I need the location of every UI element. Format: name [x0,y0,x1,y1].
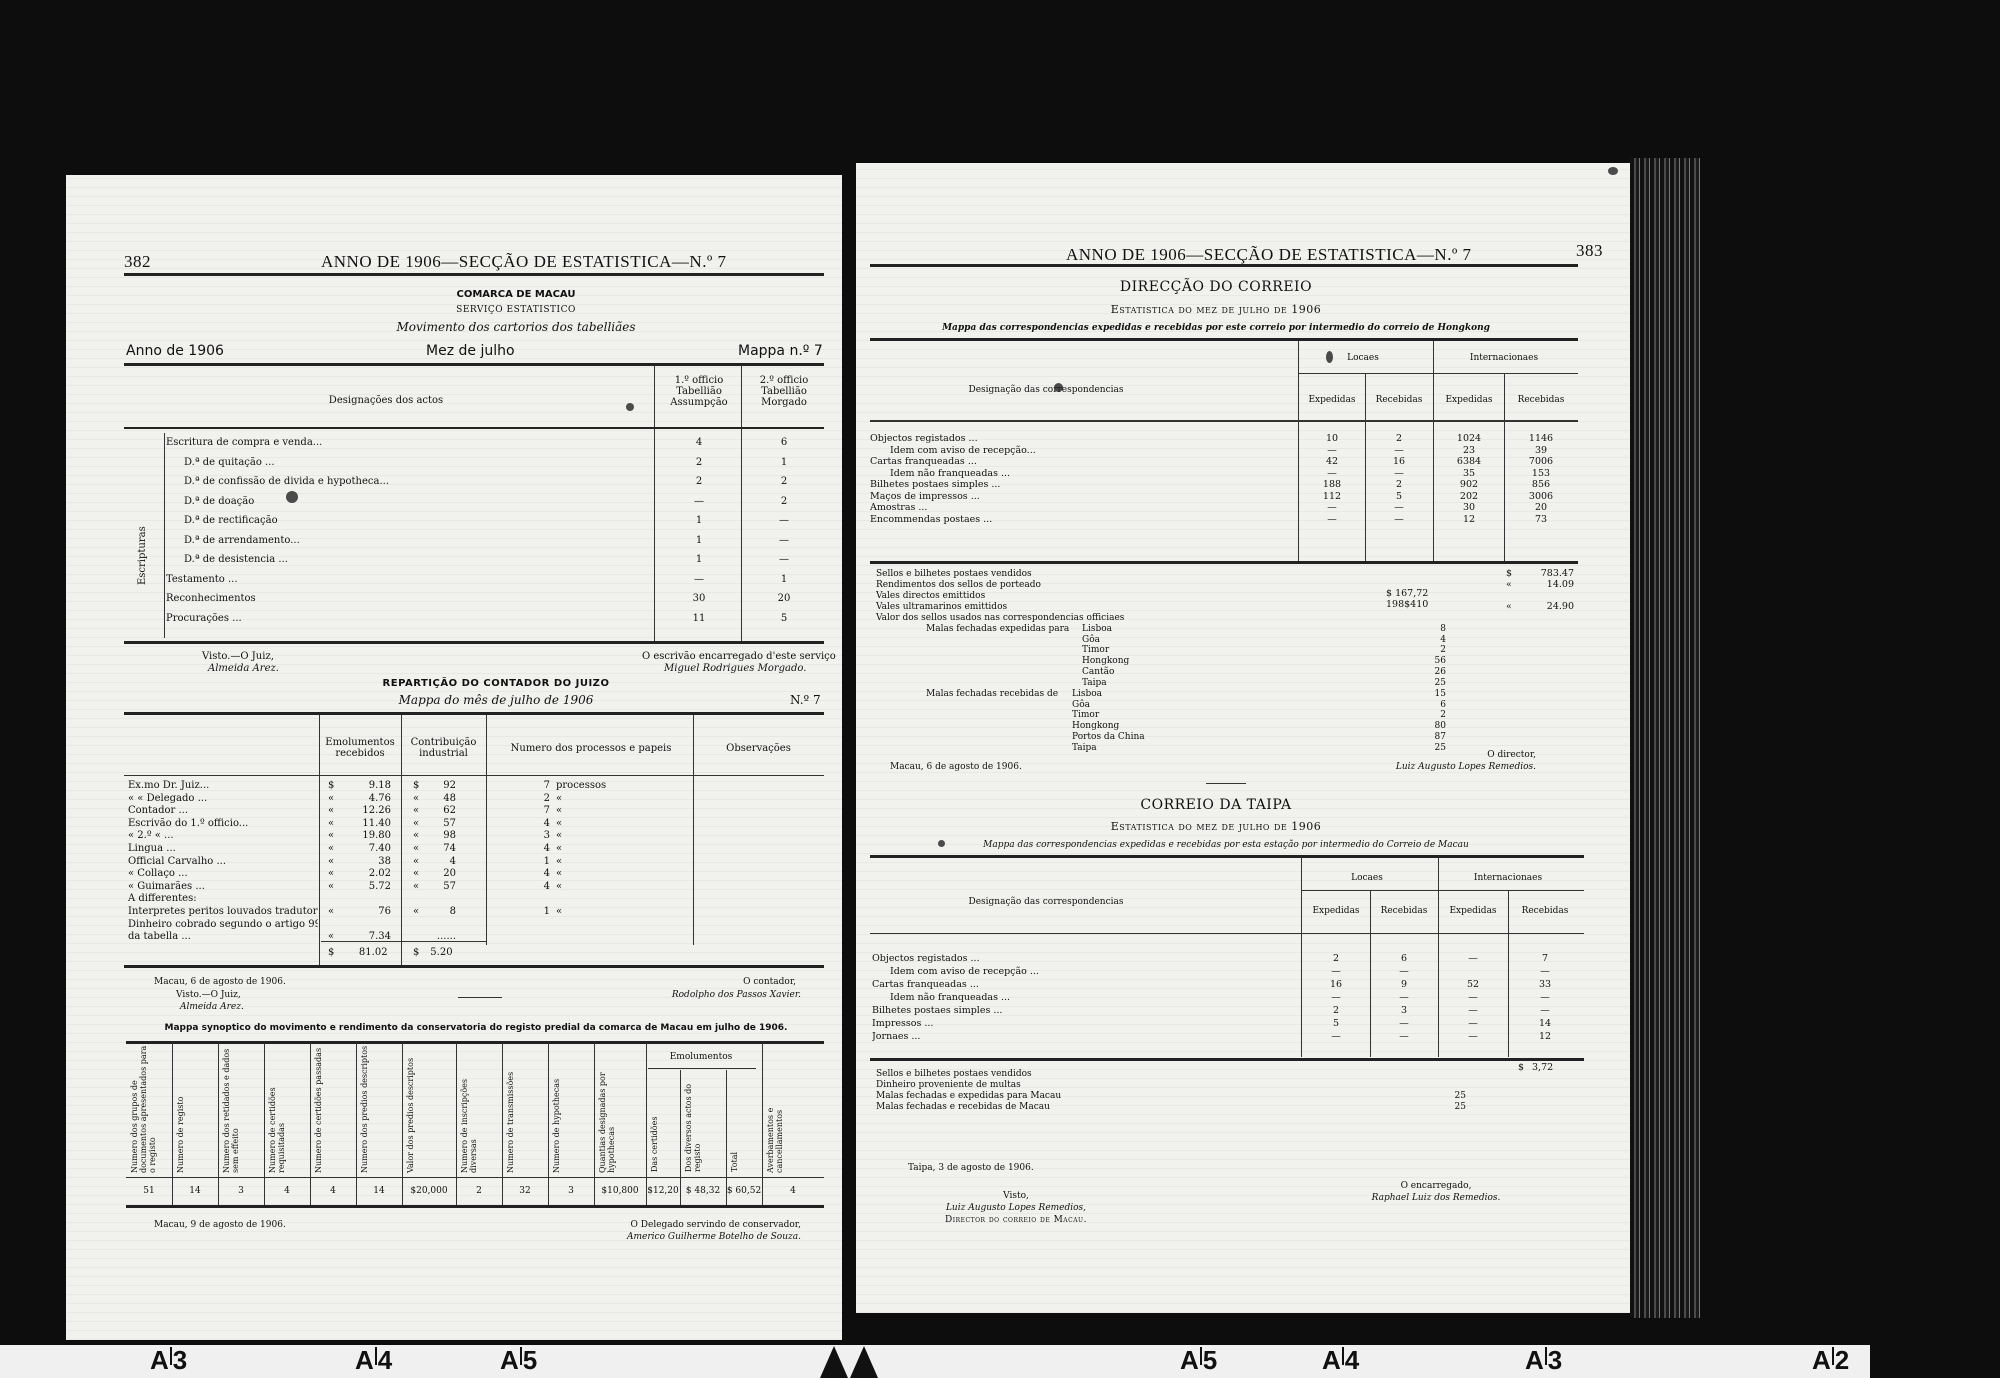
malas-expedidas-label: Malas fechadas expedidas para [926,623,1069,635]
film-marker: A5 [500,1347,537,1373]
cell-officio-1: 11 [658,613,740,625]
currency-mark: « [328,906,334,918]
cell-int-expedidas: — [1438,992,1508,1004]
col-divider [502,1043,503,1205]
col-divider [646,1043,647,1205]
place-date: Macau, 6 de agosto de 1906. [154,977,286,987]
cell-value: 3 [218,1185,264,1197]
cell-loc-expedidas: — [1299,445,1365,457]
row-label: Dinheiro cobrado segundo o artigo 99.º [128,919,318,931]
cell-officio-2: — [744,554,824,566]
currency-mark: $ [328,780,334,792]
cell-contribuicao: 74 [426,843,456,855]
cell-officio-2: — [744,515,824,527]
row-label: Idem não franqueadas ... [890,992,1295,1004]
cell-officio-1: 1 [658,554,740,566]
cell-emolumentos: 38 [346,856,391,868]
cell-value: 2 [456,1185,502,1197]
visto-label: Visto.—O Juiz, [202,651,274,662]
summary-mid-value: 198$410 [1386,599,1428,611]
currency-mark: « [1506,601,1512,613]
row-label: Testamento ... [166,574,646,586]
col-header: Numero de registo [176,1045,214,1173]
cell-loc-recebidas: — [1370,1018,1438,1030]
cell-processos-unit: « [556,881,562,893]
row-label: D.ª de desistencia ... [184,554,646,566]
col-header-contribuicao: Contribuição industrial [406,737,481,759]
currency-mark: $ [1518,1062,1524,1074]
cell-contribuicao: 8 [426,906,456,918]
row-label: Ex.mo Dr. Juiz... [128,780,318,792]
col-divider [456,1043,457,1205]
cell-loc-expedidas: 5 [1302,1018,1370,1030]
cell-loc-recebidas: — [1370,966,1438,978]
separator [458,997,502,998]
table-bottom-rule [126,1205,824,1208]
group-header-emolumentos: Emolumentos [646,1052,756,1062]
currency-mark: « [413,906,419,918]
cell-loc-recebidas: — [1366,514,1432,526]
cell-loc-recebidas: 6 [1370,953,1438,965]
cell-officio-2: — [744,535,824,547]
col-header-loc-recebidas: Recebidas [1366,395,1432,405]
col-header: Numero dos grupos de documentos apresent… [130,1045,168,1173]
cell-value: 4 [310,1185,356,1197]
cell-int-expedidas: 52 [1438,979,1508,991]
row-label: « Guimarães ... [128,881,318,893]
cell-loc-recebidas: — [1366,445,1432,457]
header-rule [124,427,824,429]
ink-stain [626,403,634,411]
ink-stain [1326,351,1333,363]
signer-role: O Delegado servindo de conservador, [546,1220,801,1230]
col-divider [402,1043,403,1205]
cell-int-recebidas: — [1510,1005,1580,1017]
cell-contribuicao: 57 [426,818,456,830]
table-top-rule [124,363,824,366]
col-divider [356,1043,357,1205]
currency-mark: « [328,881,334,893]
col-divider [172,1043,173,1205]
right-page-383: ANNO DE 1906—SECÇÃO DE ESTATISTICA—N.º 7… [856,163,1630,1313]
cell-loc-recebidas: 16 [1366,456,1432,468]
currency-mark: « [328,793,334,805]
cell-loc-recebidas: 9 [1370,979,1438,991]
row-label: « Collaço ... [128,868,318,880]
header-rule [870,420,1578,422]
row-label: Reconhecimentos [166,593,646,605]
cell-contribuicao: 57 [426,881,456,893]
row-label: Cartas franqueadas ... [870,456,1295,468]
col-divider [762,1043,763,1205]
summary-label: Malas fechadas e recebidas de Macau [876,1101,1050,1113]
cell-officio-2: 2 [744,496,824,508]
cell-int-recebidas: 33 [1510,979,1580,991]
row-label: Objectos registados ... [872,953,1297,965]
cell-officio-2: 6 [744,437,824,449]
cell-officio-1: 30 [658,593,740,605]
col-header-line: recebidos [321,748,399,759]
cell-value: $12,20 [646,1185,680,1197]
total-contribuicao: $ 5.20 [413,947,453,959]
cell-contribuicao: 4 [426,856,456,868]
film-marker: A3 [1525,1347,1562,1373]
col-divider [594,1043,595,1205]
cell-int-expedidas: 12 [1434,514,1504,526]
signer-role: O director, [1336,750,1536,760]
mala-destination: Taipa [1072,742,1097,754]
ink-stain [1054,383,1063,392]
cell-processos: 4 [536,843,550,855]
currency-mark: « [413,793,419,805]
col-divider [218,1043,219,1205]
film-marker: A4 [355,1347,392,1373]
section-subtitle: Estatistica do mez de julho de 1906 [1036,820,1396,833]
col-header-designation: Designações dos actos [126,395,646,406]
row-label: Escrivão do 1.º officio... [128,818,318,830]
visto-label: Visto, [916,1191,1116,1201]
section-subtitle: Estatistica do mez de julho de 1906 [1036,303,1396,316]
cell-processos-unit: « [556,868,562,880]
cell-value: 14 [172,1185,218,1197]
col-header-line: Tabellião [658,386,740,397]
row-label: Idem com aviso de recepção... [890,445,1295,457]
summary-value: 3,72 [1532,1062,1553,1074]
cell-officio-1: — [658,574,740,586]
cell-contribuicao: 20 [426,868,456,880]
cell-int-recebidas: — [1510,992,1580,1004]
col-divider [1504,373,1505,561]
signer-name: Luiz Augusto Lopes Remedios. [1336,762,1536,772]
cell-int-expedidas: 30 [1434,502,1504,514]
ink-stain [1608,167,1618,175]
signer-name: Americo Guilherme Botelho de Souza. [546,1232,801,1242]
header-rule [870,933,1584,934]
currency-mark: « [413,881,419,893]
row-label: Escritura de compra e venda... [166,437,646,449]
group-header-rule [648,1068,756,1069]
cell-int-recebidas: 3006 [1506,491,1576,503]
cell-value: $10,800 [594,1185,646,1197]
group-bracket [164,433,165,638]
row-label: Encommendas postaes ... [870,514,1295,526]
group-label-escripturas: Escripturas [138,465,147,585]
row-label: Idem não franqueadas ... [890,468,1295,480]
total-emolumentos: $ 81.02 [328,947,388,959]
cell-processos-unit: « [556,830,562,842]
col-header: Numero de certidões passadas [314,1045,352,1173]
row-label: Interpretes peritos louvados tradutores … [128,906,318,918]
col-header-designation: Designação das correspondencias [876,385,1216,395]
col-header: Numero de inscripções diversas [460,1045,498,1173]
table-bottom-rule [870,561,1578,564]
currency-mark: $ [413,780,419,792]
currency-mark: « [1506,579,1512,591]
cell-loc-expedidas: — [1302,992,1370,1004]
month-label: Mez de julho [426,343,515,359]
cell-emolumentos: 9.18 [346,780,391,792]
film-marker: A3 [150,1347,187,1373]
cell-value: $20,000 [402,1185,456,1197]
currency-mark: « [328,843,334,855]
table-top-rule [870,855,1584,858]
cell-loc-expedidas: 2 [1302,953,1370,965]
cell-loc-expedidas: 188 [1299,479,1365,491]
cell-int-expedidas: — [1438,1005,1508,1017]
cell-officio-1: 1 [658,535,740,547]
total-value: 5.20 [423,947,453,959]
cell-value: 3 [548,1185,594,1197]
book-gutter [842,170,856,1350]
currency-mark: « [413,818,419,830]
cell-processos: 2 [536,793,550,805]
summary-value: 14.09 [1524,579,1574,591]
col-header: Total [730,1072,758,1172]
mala-count: 25 [1416,677,1446,689]
row-label: Procurações ... [166,613,646,625]
row-label: Cartas franqueadas ... [872,979,1297,991]
row-label: « 2.º « ... [128,830,318,842]
row-label: da tabella ... [128,931,318,943]
col-divider [486,715,487,945]
cell-loc-expedidas: 10 [1299,433,1365,445]
currency-mark: « [413,868,419,880]
subheader-rule [1299,373,1578,374]
cell-processos: 3 [536,830,550,842]
cell-processos-unit: « [556,805,562,817]
cell-officio-1: 1 [658,515,740,527]
mala-destination: Taipa [1082,677,1107,689]
section-title: Mappa synoptico do movimento e rendiment… [126,1023,826,1033]
film-marker: A4 [1322,1347,1359,1373]
cell-emolumentos: 19.80 [346,830,391,842]
col-divider [693,715,694,945]
col-divider [548,1043,549,1205]
col-header-loc-expedidas: Expedidas [1302,906,1370,916]
cell-processos: 7 [536,780,550,792]
cell-value: 14 [356,1185,402,1197]
row-label: Bilhetes postaes simples ... [870,479,1295,491]
col-header-line: industrial [406,748,481,759]
signer-role: O contador, [626,977,796,987]
col-header: Das certidões [650,1072,676,1172]
malas-recebidas-label: Malas fechadas recebidas de [926,688,1058,700]
header-rule [124,775,824,776]
cell-processos-unit: « [556,818,562,830]
section-subtitle: SERVIÇO ESTATISTICO [366,305,666,315]
cell-int-expedidas: 35 [1434,468,1504,480]
row-label: Jornaes ... [872,1031,1297,1043]
col-header-officio-2: 2.º officio Tabellião Morgado [744,375,824,408]
row-label: Contador ... [128,805,318,817]
year-label: Anno de 1906 [126,343,224,359]
col-divider [319,715,320,965]
cell-processos-unit: « [556,906,562,918]
currency-mark: « [328,805,334,817]
cell-int-recebidas: 14 [1510,1018,1580,1030]
table-top-rule [126,1041,824,1044]
cell-loc-recebidas: 2 [1366,433,1432,445]
table-bottom-rule [124,641,824,644]
arrow-right-icon [850,1346,878,1378]
cell-emolumentos: 4.76 [346,793,391,805]
visto-name: Luiz Augusto Lopes Remedios, [916,1203,1116,1213]
cell-int-recebidas: 7 [1510,953,1580,965]
cell-officio-1: — [658,496,740,508]
currency: $ [328,947,334,958]
section-title: REPARTIÇÃO DO CONTADOR DO JUIZO [316,678,676,689]
cell-int-recebidas: 12 [1510,1031,1580,1043]
col-header-loc-recebidas: Recebidas [1370,906,1438,916]
col-header: Numero de certidões requisitadas [268,1045,306,1173]
col-header: Numero de hypothecas [552,1045,590,1173]
row-label: D.ª de quitação ... [184,457,646,469]
cell-int-recebidas: 7006 [1506,456,1576,468]
cell-value: $ 60,52 [726,1185,762,1197]
section-caption: Mappa do mês de julho de 1906 [316,693,676,707]
col-header: Dos diversos actos do registo [684,1072,722,1172]
total-rule [321,941,486,942]
col-header-internacionaes: Internacionaes [1434,353,1574,363]
col-header: Averbamentos e cancellamentos [766,1045,820,1173]
cell-loc-recebidas: 2 [1366,479,1432,491]
col-header-line: 2.º officio [744,375,824,386]
col-header-locaes: Locaes [1298,353,1428,363]
table-top-rule [124,712,824,715]
table-bottom-rule [870,1058,1584,1061]
cell-loc-expedidas: — [1302,1031,1370,1043]
table-bottom-rule [124,965,824,968]
row-label: A differentes: [128,893,318,905]
row-label: Official Carvalho ... [128,856,318,868]
col-header: Numero de transmissões [506,1045,544,1173]
col-header: Numero dos retidados e dados sem effeito [222,1045,260,1173]
col-header-line: Contribuição [406,737,481,748]
summary-value: 24.90 [1524,601,1574,613]
table-top-rule [870,338,1578,341]
cell-loc-expedidas: — [1299,502,1365,514]
currency-mark: « [413,843,419,855]
section-caption: Mappa das correspondencias expedidas e r… [916,323,1516,333]
col-header-designation: Designação das correspondencias [876,897,1216,907]
currency-mark: « [328,868,334,880]
cell-int-expedidas: 1024 [1434,433,1504,445]
cell-int-expedidas: — [1438,1018,1508,1030]
cell-int-expedidas: 6384 [1434,456,1504,468]
cell-loc-recebidas: 5 [1366,491,1432,503]
film-marker-strip: A3A4A5 A5A4A3A2 [0,1345,1870,1378]
cell-officio-2: 5 [744,613,824,625]
col-header-line: Emolumentos [321,737,399,748]
col-header-line: Morgado [744,397,824,408]
center-arrow-icon [820,1345,880,1378]
cell-processos-unit: « [556,843,562,855]
col-header: Quantias designadas por hypothecas [598,1045,642,1173]
cell-emolumentos: 12.26 [346,805,391,817]
separator [1206,783,1246,784]
cell-officio-2: 20 [744,593,824,605]
film-marker: A5 [1180,1347,1217,1373]
divider [124,273,824,276]
cell-int-recebidas: 153 [1506,468,1576,480]
col-header-line: Tabellião [744,386,824,397]
row-label: Maços de impressos ... [870,491,1295,503]
col-header: Numero dos predios descriptos [360,1045,398,1173]
cell-int-expedidas: — [1438,1031,1508,1043]
book-edge [1630,158,1700,1318]
left-page-382: 382 ANNO DE 1906—SECÇÃO DE ESTATISTICA—N… [66,175,842,1340]
header-rule [126,1177,824,1178]
cell-loc-recebidas: 3 [1370,1005,1438,1017]
cell-loc-expedidas: 2 [1302,1005,1370,1017]
currency: $ [413,947,419,958]
cell-processos: 1 [536,906,550,918]
row-label: Lingua ... [128,843,318,855]
col-divider [401,715,402,965]
signer-name: Raphael Luiz dos Remedios. [1356,1193,1516,1203]
cell-value: 4 [762,1185,824,1197]
place-date: Taipa, 3 de agosto de 1906. [908,1163,1034,1173]
cell-loc-recebidas: — [1370,992,1438,1004]
cell-processos: 7 [536,805,550,817]
cell-value: $ 48,32 [680,1185,726,1197]
col-header-int-recebidas: Recebidas [1506,395,1576,405]
cell-processos-unit: processos [556,780,606,792]
cell-int-recebidas: 856 [1506,479,1576,491]
row-label: D.ª de rectificação [184,515,646,527]
cell-loc-recebidas: — [1366,468,1432,480]
cell-int-recebidas: 1146 [1506,433,1576,445]
row-label: Bilhetes postaes simples ... [872,1005,1297,1017]
currency-mark: « [413,805,419,817]
section-title: DIRECÇÃO DO CORREIO [1036,279,1396,295]
ink-stain [938,840,945,847]
cell-officio-2: 1 [744,457,824,469]
col-header-int-expedidas: Expedidas [1438,906,1508,916]
cell-contribuicao: 98 [426,830,456,842]
cell-int-expedidas: 202 [1434,491,1504,503]
cell-int-expedidas: 902 [1434,479,1504,491]
cell-processos: 4 [536,881,550,893]
currency-mark: « [328,830,334,842]
cell-loc-expedidas: — [1302,966,1370,978]
col-header-line: Assumpção [658,397,740,408]
summary-count: 25 [1436,1101,1466,1113]
visto-title: Director do correio de Macau. [906,1215,1126,1225]
map-number: N.º 7 [790,693,821,707]
col-header-observacoes: Observações [696,743,821,754]
col-header-emolumentos: Emolumentos recebidos [321,737,399,759]
cell-processos: 1 [536,856,550,868]
divider [870,264,1578,267]
cell-loc-expedidas: 42 [1299,456,1365,468]
col-divider [1508,890,1509,1057]
cell-processos: 4 [536,818,550,830]
section-caption: Movimento dos cartorios dos tabelliães [326,320,706,334]
cell-emolumentos: 5.72 [346,881,391,893]
total-value: 81.02 [338,947,388,959]
col-divider [310,1043,311,1205]
cell-officio-2: 1 [744,574,824,586]
section-title: CORREIO DA TAIPA [1036,797,1396,813]
col-header-processos: Numero dos processos e papeis [496,743,686,754]
currency-mark: « [413,830,419,842]
visto-label: Visto.—O Juiz, [176,990,241,1000]
row-label: D.ª de arrendamento... [184,535,646,547]
signer-role: O encarregado, [1356,1181,1516,1191]
cell-processos-unit: « [556,793,562,805]
map-number: Mappa n.º 7 [738,343,823,359]
